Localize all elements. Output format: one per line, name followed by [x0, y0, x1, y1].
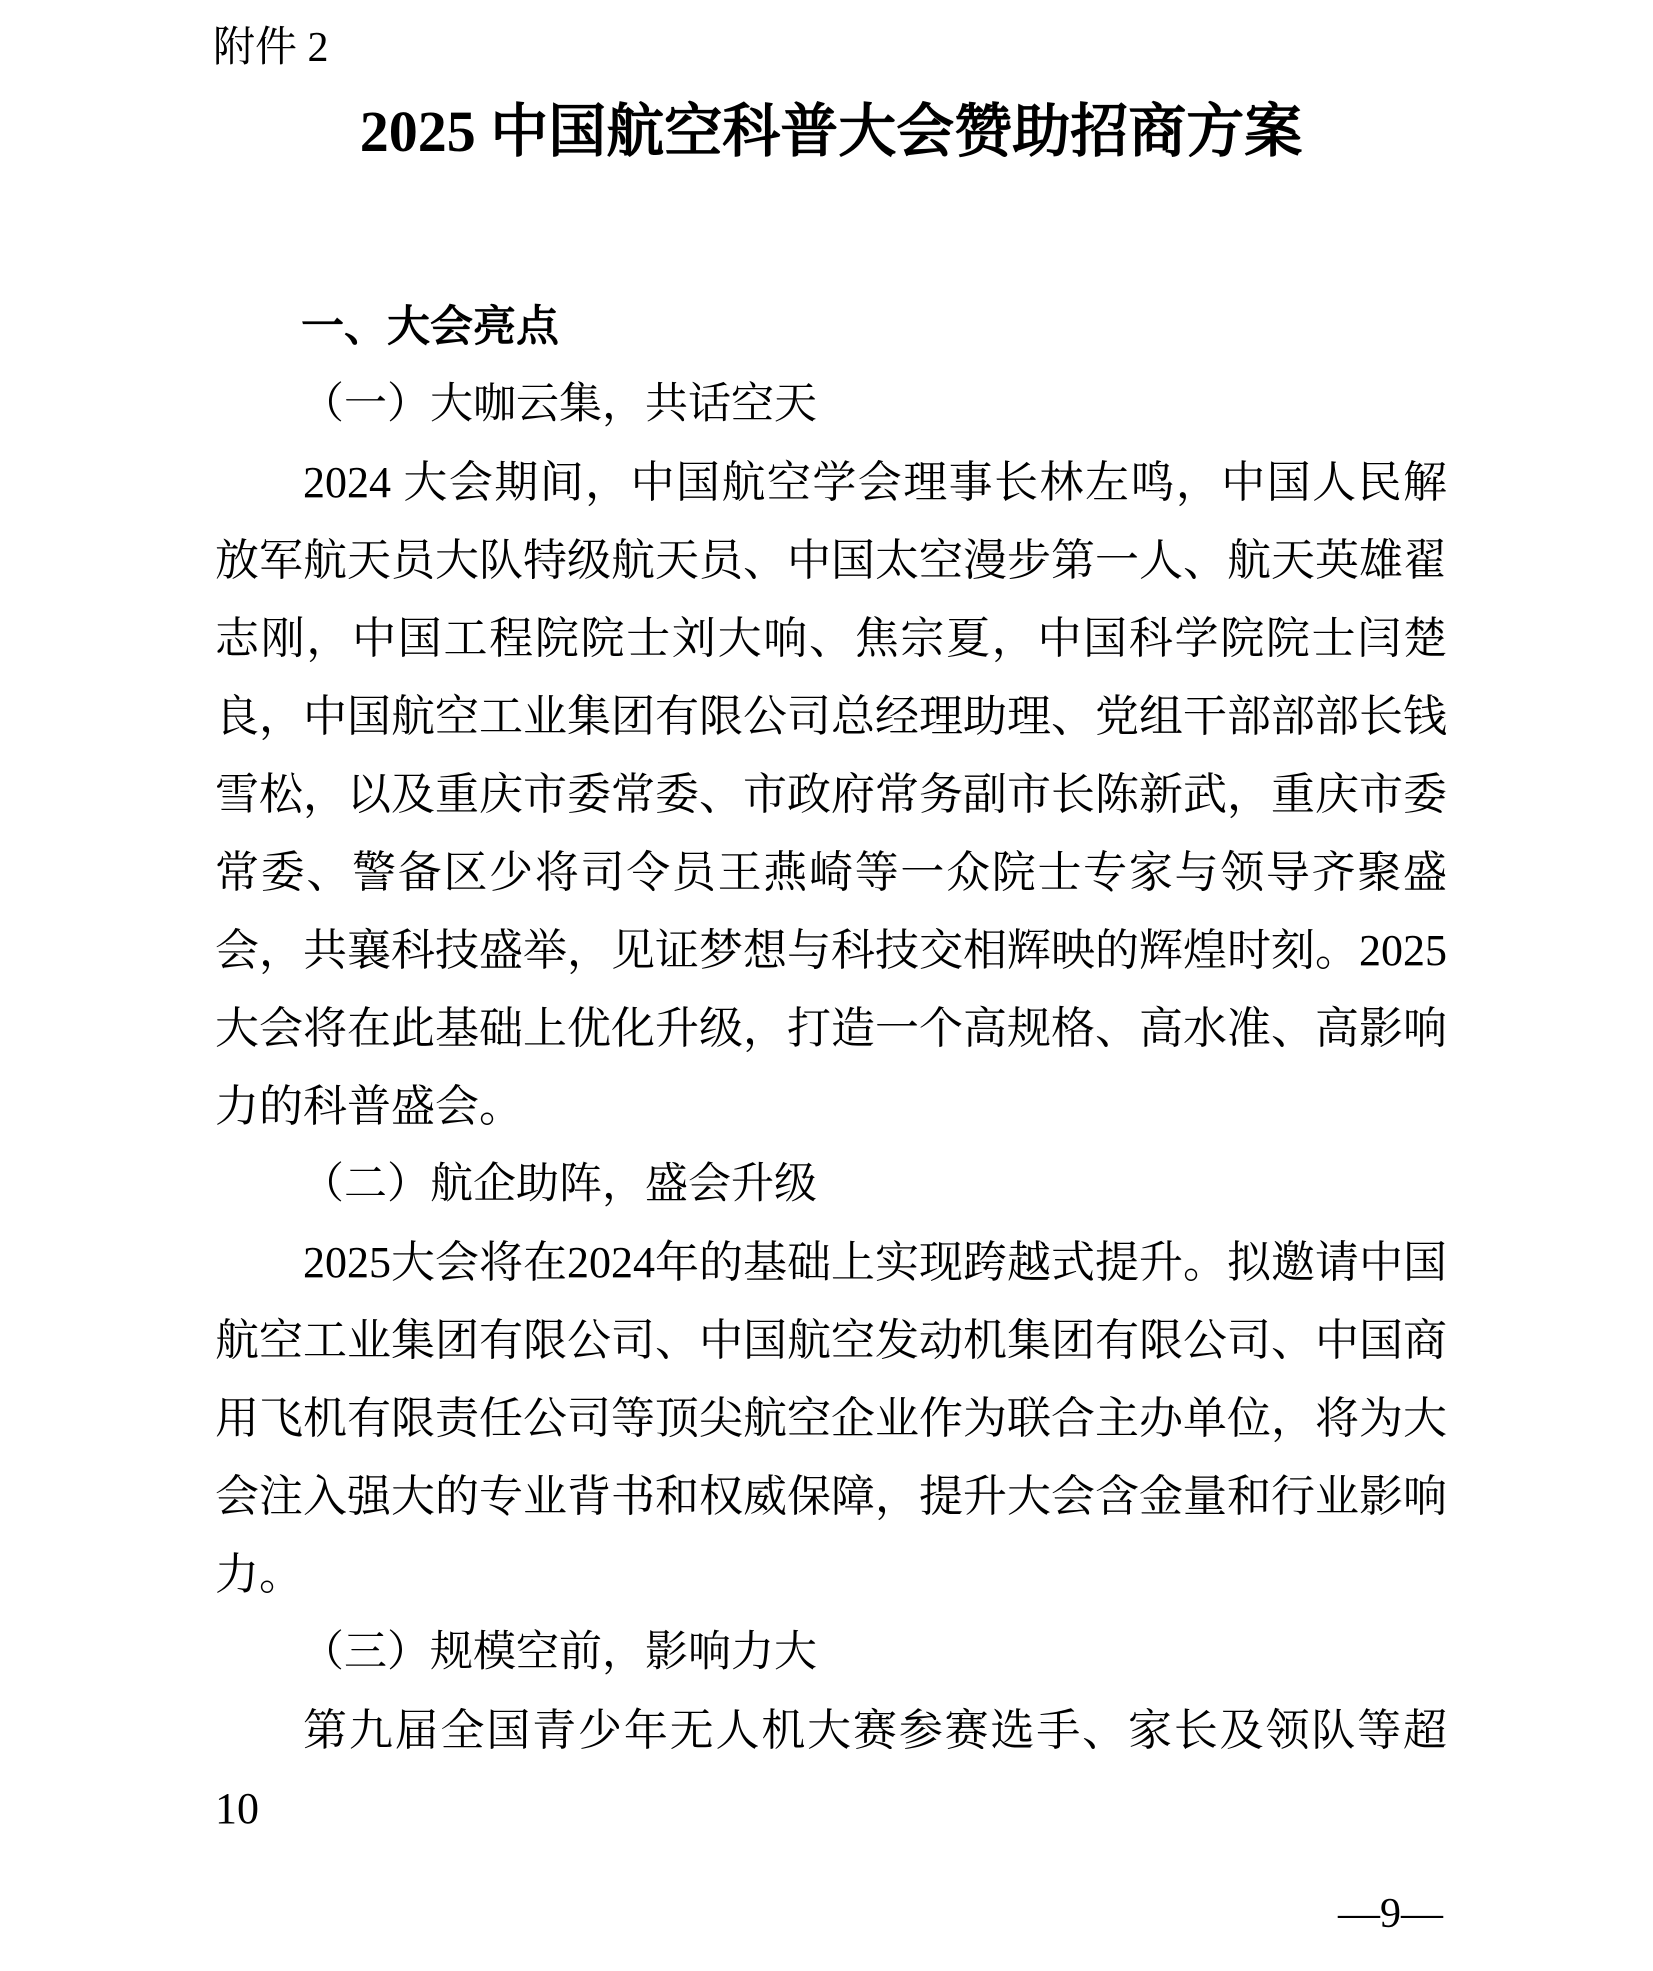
paragraph-1: 2024 大会期间，中国航空学会理事长林左鸣，中国人民解放军航天员大队特级航天员… — [215, 444, 1447, 1146]
attachment-label: 附件 2 — [213, 22, 329, 74]
section-heading-1: 一、大会亮点 — [215, 288, 1447, 366]
paragraph-2: 2025大会将在2024年的基础上实现跨越式提升。拟邀请中国航空工业集团有限公司… — [215, 1224, 1447, 1614]
subsection-heading-3: （三）规模空前，影响力大 — [215, 1614, 1447, 1692]
paragraph-3: 第九届全国青少年无人机大赛参赛选手、家长及领队等超 10 — [215, 1692, 1447, 1848]
document-title: 2025 中国航空科普大会赞助招商方案 — [215, 96, 1447, 168]
subsection-heading-1: （一）大咖云集，共话空天 — [215, 366, 1447, 444]
subsection-heading-2: （二）航企助阵，盛会升级 — [215, 1146, 1447, 1224]
page-number: —9— — [1338, 1888, 1443, 1940]
document-page: 附件 2 2025 中国航空科普大会赞助招商方案 一、大会亮点 （一）大咖云集，… — [0, 0, 1653, 1971]
document-body: 一、大会亮点 （一）大咖云集，共话空天 2024 大会期间，中国航空学会理事长林… — [215, 288, 1447, 1848]
